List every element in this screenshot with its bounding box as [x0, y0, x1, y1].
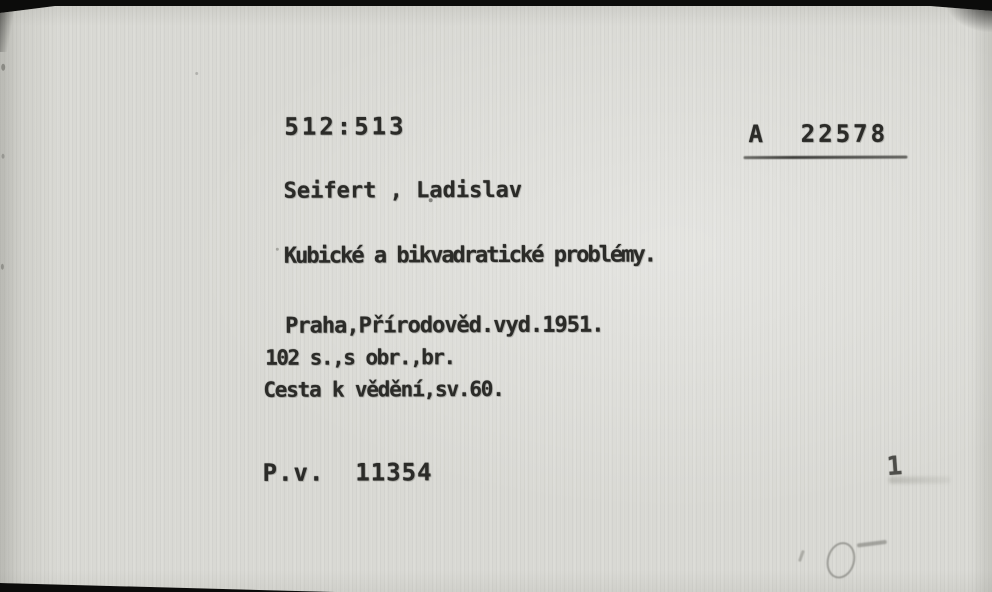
- call-number: 512:513: [284, 112, 406, 140]
- series-line: Cesta k vědění,sv.60.: [263, 377, 503, 402]
- pencil-circle-mark: [822, 539, 859, 582]
- paper-speck: [429, 198, 433, 202]
- card-text-layer: 512:513 A 22578 Seifert , Ladislav Kubic…: [0, 0, 992, 592]
- pencil-dash-mark: [857, 540, 887, 548]
- ink-smear: [889, 476, 951, 483]
- paper-speck: [195, 72, 198, 75]
- author-heading: Seifert , Ladislav: [284, 178, 523, 204]
- paper-speck: [276, 248, 279, 251]
- scanned-photo: 512:513 A 22578 Seifert , Ladislav Kubic…: [0, 0, 992, 592]
- inventory-number: P.v. 11354: [263, 458, 433, 487]
- pencil-tick-mark: [798, 550, 805, 562]
- accession-number: A 22578: [748, 120, 888, 148]
- title-line: Kubické a bikvadratické problémy.: [284, 242, 655, 268]
- catalog-card: 512:513 A 22578 Seifert , Ladislav Kubic…: [0, 0, 992, 592]
- accession-underline: [744, 156, 908, 160]
- imprint-line: Praha,Přírodověd.vyd.1951.: [285, 313, 603, 339]
- paper-speck: [2, 154, 5, 159]
- paper-speck: [1, 64, 5, 71]
- collation-line: 102 s.,s obr.,br.: [265, 345, 455, 370]
- paper-speck: [1, 264, 4, 270]
